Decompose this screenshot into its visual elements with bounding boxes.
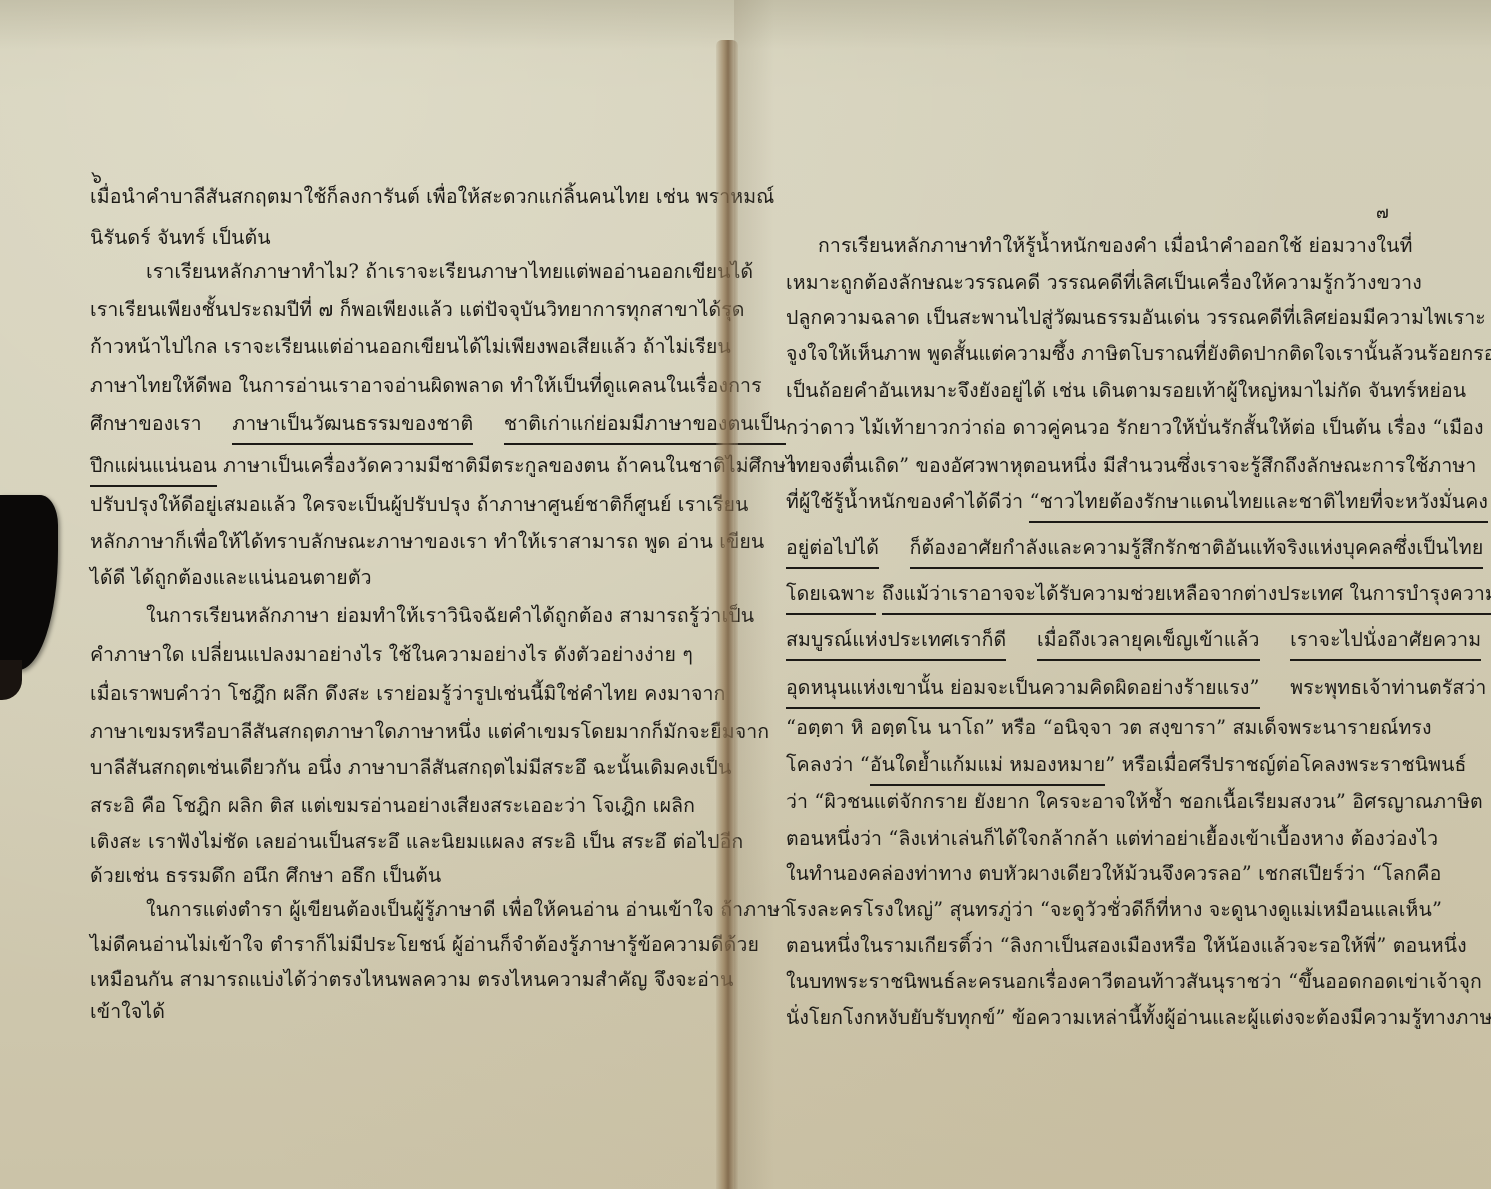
text-line: สระอิ คือ โชฎิก ผลิก ติส แต่เขมรอ่านอย่า… <box>90 796 695 816</box>
paragraph-start-line: การเรียนหลักภาษาทำให้รู้น้ำหนักของคำ เมื… <box>818 236 1413 256</box>
text-line: หลักภาษาก็เพื่อให้ได้ทราบลักษณะภาษาของเร… <box>90 532 764 552</box>
text-line: ในทำนองคล่องท่าทาง ตบหัวผางเดียวให้ม้วนจ… <box>786 864 1441 884</box>
text-span: ” หรือเมื่อศรีปราชญ์ต่อโคลงพระราชนิพนธ์ <box>1105 753 1466 776</box>
text-line: ไทยจงตื่นเถิด” ของอัศวพาหุตอนหนึ่ง มีสำน… <box>786 456 1476 476</box>
text-line: กว่าดาว ไม้เท้ายาวกว่าถ่อ ดาวคู่คนวอ รัก… <box>786 418 1484 438</box>
underlined-quote: อันใดย้ำแก้มแม่ หมองหมาย <box>870 753 1105 786</box>
text-line: เป็นถ้อยคำอันเหมาะจึงยังอยู่ได้ เช่น เดิ… <box>786 381 1466 401</box>
text-line: โดยเฉพาะ ถึงแม้ว่าเราอาจจะได้รับความช่วย… <box>786 584 1491 604</box>
text-line: เหมาะถูกต้องลักษณะวรรณคดี วรรณคดีที่เลิศ… <box>786 273 1422 293</box>
underlined-quote: อุดหนุนแห่งเขานั้น ย่อมจะเป็นความคิดผิดอ… <box>786 676 1260 709</box>
text-line: ปรับปรุงให้ดีอยู่เสมอแล้ว ใครจะเป็นผู้ปร… <box>90 495 748 515</box>
text-line: บาลีสันสกฤตเช่นเดียวกัน อนึ่ง ภาษาบาลีสั… <box>90 758 731 778</box>
underlined-quote: อยู่ต่อไปได้ <box>786 536 879 569</box>
underlined-quote: เมื่อถึงเวลายุคเข็ญเข้าแล้ว <box>1037 628 1260 661</box>
text-line: เราเรียนเพียงชั้นประถมปีที่ ๗ ก็พอเพียงแ… <box>90 300 745 320</box>
text-span: โคลงว่า “ <box>786 753 870 776</box>
text-line: คำภาษาใด เปลี่ยนแปลงมาอย่างไร ใช้ในความอ… <box>90 645 693 665</box>
text-line: ไม่ดีคนอ่านไม่เข้าใจ ตำราก็ไม่มีประโยชน์… <box>90 935 759 955</box>
text-line: ว่า “ผิวชนแต่จักกราย ยังยาก ใครจะอาจให้ช… <box>786 792 1483 812</box>
underlined-phrase: ปึกแผ่นแน่นอน <box>90 454 217 487</box>
underlined-quote: เราจะไปนั่งอาศัยความ <box>1290 628 1481 661</box>
text-line: ในบทพระราชนิพนธ์ละครนอกเรื่องคาวีตอนท้าว… <box>786 972 1482 992</box>
underlined-quote: ก็ต้องอาศัยกำลังและความรู้สึกรักชาติอันแ… <box>910 536 1484 569</box>
text-line: นิรันดร์ จันทร์ เป็นต้น <box>90 228 271 248</box>
text-line: เติงสะ เราฟังไม่ชัด เลยอ่านเป็นสระอึ และ… <box>90 832 743 852</box>
text-line: อยู่ต่อไปได้ ก็ต้องอาศัยกำลังและความรู้ส… <box>786 538 1483 558</box>
text-line: จูงใจให้เห็นภาพ พูดสั้นแต่ความซึ้ง ภาษิต… <box>786 344 1491 364</box>
text-line: ตอนหนึ่งในรามเกียรติ์ว่า “ลิงกาเป็นสองเม… <box>786 936 1467 956</box>
paragraph-start-line: ในการแต่งตำรา ผู้เขียนต้องเป็นผู้รู้ภาษา… <box>146 900 791 920</box>
underlined-quote: ถึงแม้ว่าเราอาจจะได้รับความช่วยเหลือจากต… <box>882 582 1491 615</box>
text-line: “อตฺตา หิ อตฺตโน นาโถ” หรือ “อนิจฺจา วต … <box>786 718 1432 738</box>
paragraph-start-line: เราเรียนหลักภาษาทำไม? ถ้าเราจะเรียนภาษาไ… <box>146 262 753 282</box>
text-span: ศึกษาของเรา <box>90 412 202 435</box>
text-line: ศึกษาของเรา ภาษาเป็นวัฒนธรรมของชาติ ชาติ… <box>90 414 786 434</box>
text-line: อุดหนุนแห่งเขานั้น ย่อมจะเป็นความคิดผิดอ… <box>786 678 1486 698</box>
text-span: ภาษาเป็นเครื่องวัดความมีชาติมีตระกูลของต… <box>223 454 797 477</box>
text-line: ภาษาเขมรหรือบาลีสันสกฤตภาษาใดภาษาหนึ่ง แ… <box>90 722 769 742</box>
text-line: โคลงว่า “อันใดย้ำแก้มแม่ หมองหมาย” หรือเ… <box>786 755 1467 775</box>
text-line: เข้าใจได้ <box>90 1002 165 1022</box>
right-page-number: ๗ <box>1376 205 1389 222</box>
paragraph-start-line: ในการเรียนหลักภาษา ย่อมทำให้เราวินิจฉัยค… <box>146 606 754 626</box>
underlined-quote: “ชาวไทยต้องรักษาแดนไทยและชาติไทยที่จะหวั… <box>1029 490 1487 523</box>
underlined-quote: โดยเฉพาะ <box>786 582 876 615</box>
book-spread: ๖ เมื่อนำคำบาลีสันสกฤตมาใช้ก็ลงการันต์ เ… <box>0 0 1491 1189</box>
text-line: โรงละครโรงใหญ่” สุนทรภู่ว่า “จะดูวัวชั่ว… <box>786 900 1442 920</box>
text-line: เมื่อเราพบคำว่า โชฎึก ผลึก ดึงสะ เราย่อม… <box>90 684 726 704</box>
underlined-quote: สมบูรณ์แห่งประเทศเราก็ดี <box>786 628 1006 661</box>
text-line: นั่งโยกโงกหงับยับรับทุกข์” ข้อความเหล่าน… <box>786 1008 1491 1028</box>
text-line: ปึกแผ่นแน่นอน ภาษาเป็นเครื่องวัดความมีชา… <box>90 456 797 476</box>
text-line: ปลูกความฉลาด เป็นสะพานไปสู่วัฒนธรรมอันเด… <box>786 308 1486 328</box>
text-line: ที่ผู้ใช้รู้น้ำหนักของคำได้ดีว่า “ชาวไทย… <box>786 492 1488 512</box>
right-page: ๗ การเรียนหลักภาษาทำให้รู้น้ำหนักของคำ เ… <box>734 0 1491 1189</box>
text-span: ที่ผู้ใช้รู้น้ำหนักของคำได้ดีว่า <box>786 490 1023 513</box>
text-line: สมบูรณ์แห่งประเทศเราก็ดี เมื่อถึงเวลายุค… <box>786 630 1481 650</box>
underlined-phrase: ภาษาเป็นวัฒนธรรมของชาติ <box>232 412 473 445</box>
text-line: ตอนหนึ่งว่า “ลิงเห่าเล่นก็ได้ใจกล้ากล้า … <box>786 829 1438 849</box>
text-span: พระพุทธเจ้าท่านตรัสว่า <box>1290 676 1486 699</box>
left-page: ๖ เมื่อนำคำบาลีสันสกฤตมาใช้ก็ลงการันต์ เ… <box>0 0 722 1189</box>
text-line: เมื่อนำคำบาลีสันสกฤตมาใช้ก็ลงการันต์ เพื… <box>90 187 774 207</box>
text-line: ได้ดี ได้ถูกต้องและแน่นอนตายตัว <box>90 568 372 588</box>
text-line: ด้วยเช่น ธรรมดึก อนึก ศึกษา อธึก เป็นต้น <box>90 866 441 886</box>
text-line: เหมือนกัน สามารถแบ่งได้ว่าตรงไหนพลความ ต… <box>90 970 733 990</box>
text-line: ภาษาไทยให้ดีพอ ในการอ่านเราอาจอ่านผิดพลา… <box>90 376 762 396</box>
text-line: ก้าวหน้าไปไกล เราจะเรียนแต่อ่านออกเขียนไ… <box>90 337 731 357</box>
